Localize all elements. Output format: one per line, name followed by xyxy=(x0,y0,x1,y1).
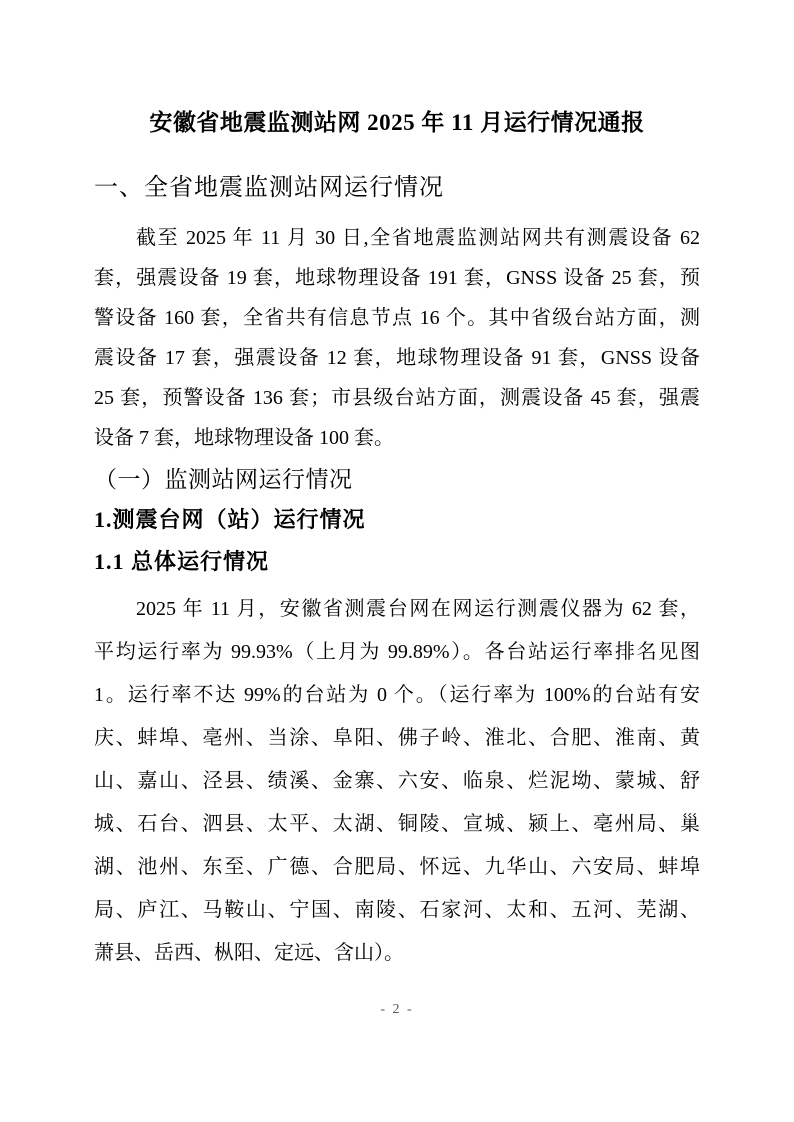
paragraph-line: 城、石台、泗县、太平、太湖、铜陵、宣城、颍上、亳州局、巢 xyxy=(94,803,700,846)
paragraph-line: 设备 7 套，地球物理设备 100 套。 xyxy=(94,418,700,458)
section-heading-1: 一、全省地震监测站网运行情况 xyxy=(94,172,700,204)
paragraph-operation-detail: 2025 年 11 月，安徽省测震台网在网运行测震仪器为 62 套， 平均运行率… xyxy=(94,588,700,975)
document-title: 安徽省地震监测站网 2025 年 11 月运行情况通报 xyxy=(0,106,794,140)
paragraph-line: 警设备 160 套，全省共有信息节点 16 个。其中省级台站方面，测 xyxy=(94,298,700,338)
paragraph-line: 套，强震设备 19 套，地球物理设备 191 套，GNSS 设备 25 套，预 xyxy=(94,258,700,298)
paragraph-line: 2025 年 11 月，安徽省测震台网在网运行测震仪器为 62 套， xyxy=(94,588,700,631)
paragraph-line: 截至 2025 年 11 月 30 日,全省地震监测站网共有测震设备 62 xyxy=(94,218,700,258)
paragraph-line: 1。运行率不达 99%的台站为 0 个。（运行率为 100%的台站有安 xyxy=(94,674,700,717)
document-page: 安徽省地震监测站网 2025 年 11 月运行情况通报 一、全省地震监测站网运行… xyxy=(0,0,794,1122)
paragraph-line: 25 套，预警设备 136 套；市县级台站方面，测震设备 45 套，强震 xyxy=(94,378,700,418)
paragraph-line: 震设备 17 套，强震设备 12 套，地球物理设备 91 套，GNSS 设备 xyxy=(94,338,700,378)
paragraph-overview: 截至 2025 年 11 月 30 日,全省地震监测站网共有测震设备 62 套，… xyxy=(94,218,700,458)
paragraph-line: 庆、蚌埠、亳州、当涂、阜阳、佛子岭、淮北、合肥、淮南、黄 xyxy=(94,717,700,760)
paragraph-line: 湖、池州、东至、广德、合肥局、怀远、九华山、六安局、蚌埠 xyxy=(94,846,700,889)
sub-heading-monitoring-network: （一）监测站网运行情况 xyxy=(94,462,700,496)
sub-heading-overall-operation: 1.1 总体运行情况 xyxy=(94,546,700,578)
paragraph-line: 山、嘉山、泾县、绩溪、金寨、六安、临泉、烂泥坳、蒙城、舒 xyxy=(94,760,700,803)
paragraph-line: 平均运行率为 99.93%（上月为 99.89%）。各台站运行率排名见图 xyxy=(94,631,700,674)
sub-heading-seismic-network: 1.测震台网（站）运行情况 xyxy=(94,504,700,536)
paragraph-line: 局、庐江、马鞍山、宁国、南陵、石家河、太和、五河、芜湖、 xyxy=(94,889,700,932)
paragraph-line: 萧县、岳西、枞阳、定远、含山）。 xyxy=(94,932,700,975)
page-number: - 2 - xyxy=(0,1000,794,1020)
